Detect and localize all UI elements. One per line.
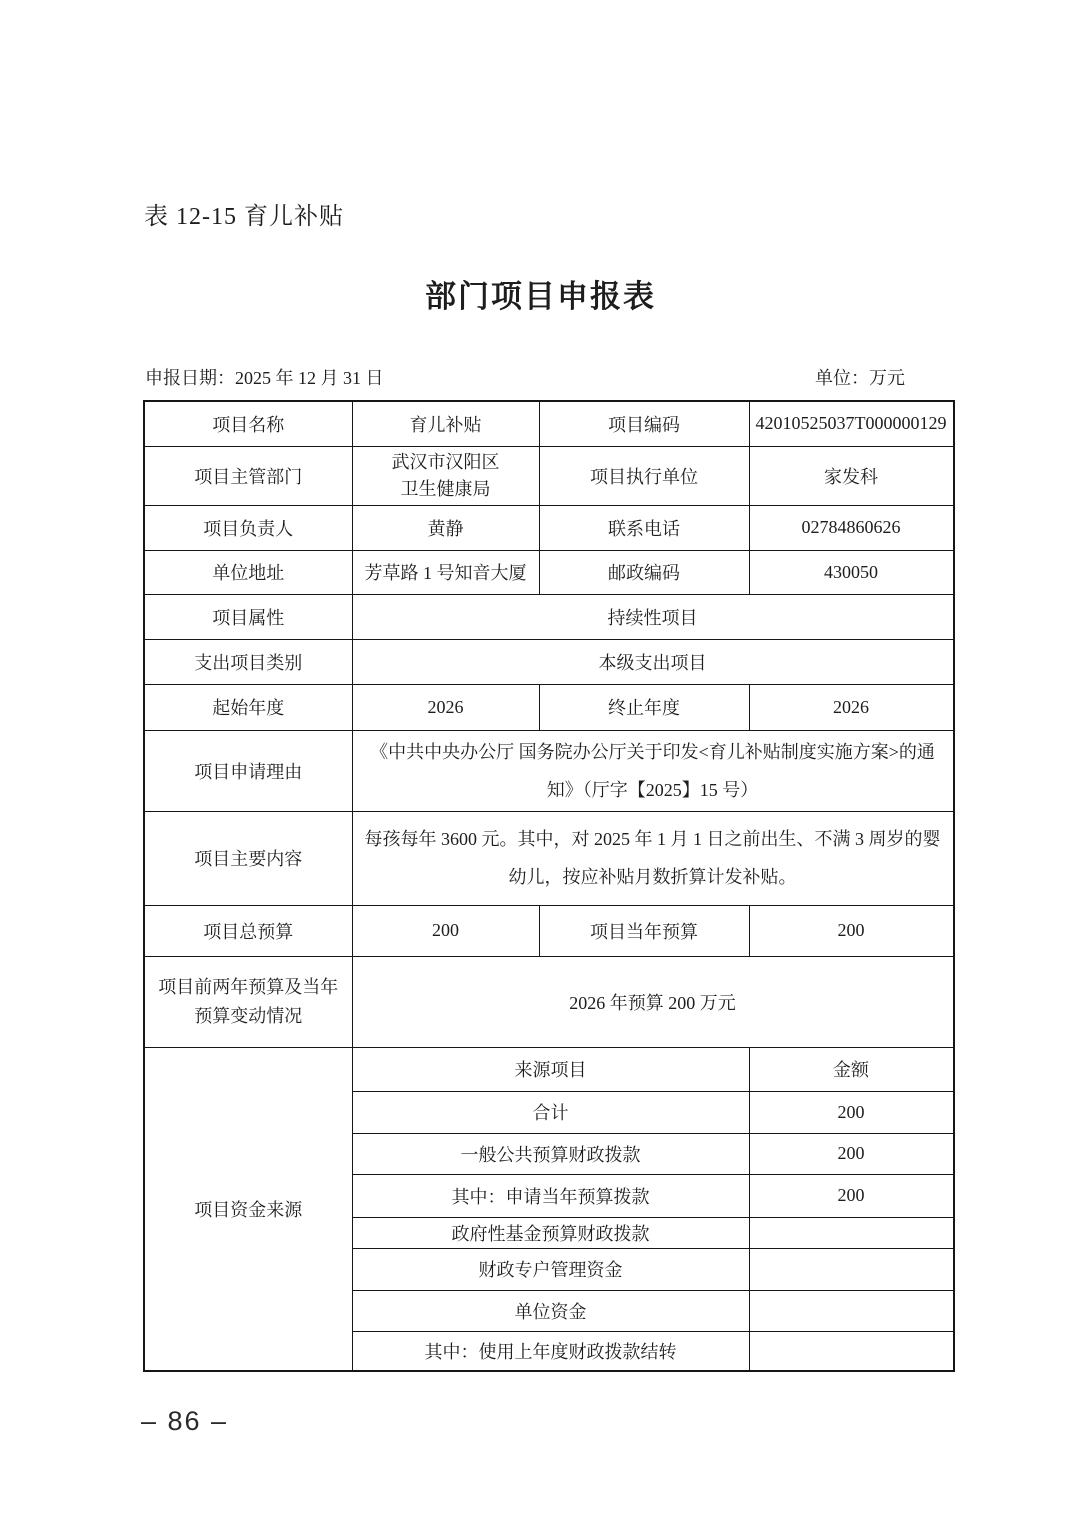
prev-budget-label-cell: 项目前两年预算及当年 预算变动情况: [144, 956, 352, 1047]
project-code-cell: 42010525037T000000129: [749, 401, 954, 446]
project-name-cell: 育儿补贴: [352, 401, 539, 446]
table-row: 项目前两年预算及当年 预算变动情况 2026 年预算 200 万元: [144, 956, 954, 1047]
exec-unit-cell: 家发科: [749, 446, 954, 505]
leader-label-cell: 项目负责人: [144, 505, 352, 550]
dept-cell: 武汉市汉阳区 卫生健康局: [352, 446, 539, 505]
leader-cell: 黄静: [352, 505, 539, 550]
funding-amount-cell: [749, 1290, 954, 1331]
table-row: 项目名称 育儿补贴 项目编码 42010525037T000000129: [144, 401, 954, 446]
phone-cell: 02784860626: [749, 505, 954, 550]
dept-line1: 武汉市汉阳区: [359, 449, 533, 476]
total-budget-label-cell: 项目总预算: [144, 905, 352, 956]
project-code-label-cell: 项目编码: [539, 401, 749, 446]
funding-source-header-cell: 来源项目: [352, 1047, 749, 1091]
funding-amount-cell: [749, 1248, 954, 1290]
document-page: 表 12-15 育儿补贴 部门项目申报表 申报日期：2025 年 12 月 31…: [0, 0, 1074, 1520]
start-year-cell: 2026: [352, 684, 539, 730]
funding-section-label-cell: 项目资金来源: [144, 1047, 352, 1371]
postcode-cell: 430050: [749, 550, 954, 594]
funding-source-cell: 单位资金: [352, 1290, 749, 1331]
phone-label-cell: 联系电话: [539, 505, 749, 550]
reason-cell: 《中共中央办公厅 国务院办公厅关于印发<育儿补贴制度实施方案>的通知》（厅字【2…: [352, 730, 954, 811]
dept-label-cell: 项目主管部门: [144, 446, 352, 505]
content-label-cell: 项目主要内容: [144, 811, 352, 905]
attribute-label-cell: 项目属性: [144, 594, 352, 639]
end-year-cell: 2026: [749, 684, 954, 730]
page-number: – 86 –: [141, 1406, 228, 1437]
dept-line2: 卫生健康局: [359, 476, 533, 503]
application-table: 项目名称 育儿补贴 项目编码 42010525037T000000129 项目主…: [143, 400, 955, 1372]
form-title: 部门项目申报表: [143, 271, 938, 316]
prev-budget-label-line1: 项目前两年预算及当年: [151, 973, 346, 1002]
declare-date: 申报日期：2025 年 12 月 31 日: [145, 364, 384, 390]
funding-amount-cell: 200: [749, 1174, 954, 1217]
table-row: 项目主管部门 武汉市汉阳区 卫生健康局 项目执行单位 家发科: [144, 446, 954, 505]
year-budget-label-cell: 项目当年预算: [539, 905, 749, 956]
address-cell: 芳草路 1 号知音大厦: [352, 550, 539, 594]
funding-amount-header-cell: 金额: [749, 1047, 954, 1091]
funding-header-row: 项目资金来源 来源项目 金额: [144, 1047, 954, 1091]
table-row: 项目总预算 200 项目当年预算 200: [144, 905, 954, 956]
funding-source-cell: 合计: [352, 1091, 749, 1133]
funding-amount-cell: 200: [749, 1091, 954, 1133]
funding-source-cell: 其中：申请当年预算拨款: [352, 1174, 749, 1217]
funding-amount-cell: [749, 1331, 954, 1371]
reason-label-cell: 项目申请理由: [144, 730, 352, 811]
postcode-label-cell: 邮政编码: [539, 550, 749, 594]
funding-source-cell: 政府性基金预算财政拨款: [352, 1217, 749, 1248]
table-row: 项目申请理由 《中共中央办公厅 国务院办公厅关于印发<育儿补贴制度实施方案>的通…: [144, 730, 954, 811]
total-budget-cell: 200: [352, 905, 539, 956]
prev-budget-label-line2: 预算变动情况: [151, 1002, 346, 1031]
year-budget-cell: 200: [749, 905, 954, 956]
exec-unit-label-cell: 项目执行单位: [539, 446, 749, 505]
table-caption: 表 12-15 育儿补贴: [144, 196, 344, 231]
end-year-label-cell: 终止年度: [539, 684, 749, 730]
table-row: 项目主要内容 每孩每年 3600 元。其中，对 2025 年 1 月 1 日之前…: [144, 811, 954, 905]
funding-amount-cell: [749, 1217, 954, 1248]
attribute-cell: 持续性项目: [352, 594, 954, 639]
expend-type-cell: 本级支出项目: [352, 639, 954, 684]
expend-type-label-cell: 支出项目类别: [144, 639, 352, 684]
table-row: 起始年度 2026 终止年度 2026: [144, 684, 954, 730]
content-cell: 每孩每年 3600 元。其中，对 2025 年 1 月 1 日之前出生、不满 3…: [352, 811, 954, 905]
meta-row: 申报日期：2025 年 12 月 31 日 单位：万元: [145, 364, 938, 390]
table-row: 项目负责人 黄静 联系电话 02784860626: [144, 505, 954, 550]
funding-source-cell: 一般公共预算财政拨款: [352, 1133, 749, 1174]
funding-amount-cell: 200: [749, 1133, 954, 1174]
table-row: 单位地址 芳草路 1 号知音大厦 邮政编码 430050: [144, 550, 954, 594]
prev-budget-cell: 2026 年预算 200 万元: [352, 956, 954, 1047]
start-year-label-cell: 起始年度: [144, 684, 352, 730]
funding-source-cell: 财政专户管理资金: [352, 1248, 749, 1290]
unit-label: 单位：万元: [815, 364, 905, 390]
project-name-label-cell: 项目名称: [144, 401, 352, 446]
funding-source-cell: 其中：使用上年度财政拨款结转: [352, 1331, 749, 1371]
address-label-cell: 单位地址: [144, 550, 352, 594]
table-row: 支出项目类别 本级支出项目: [144, 639, 954, 684]
table-row: 项目属性 持续性项目: [144, 594, 954, 639]
